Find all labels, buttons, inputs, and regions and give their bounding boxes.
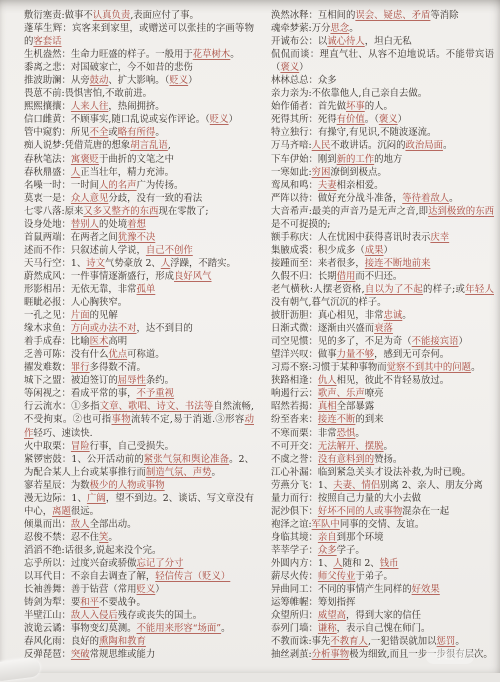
idiom-entry: 述而不作：只叙述前人学说，自己不创作 [24,244,254,257]
idiom-entry: 不虞之誉：没有意料到的赞扬。 [271,453,494,466]
highlighted-text: 分析事物 [312,649,350,660]
highlighted-text: 极少的人物或事物 [90,480,165,491]
plain-text: 推波助澜：从旁 [24,75,90,86]
idiom-entry: 特立独行：有操守,有见识,不随波逐流。 [271,126,494,139]
plain-text: 火中取栗： [24,441,71,452]
plain-text: 的到来 [355,414,383,425]
plain-text: 司空见惯：见的多了，不足为奇（ [271,336,412,347]
highlighted-text: 犹豫不决 [118,232,156,243]
plain-text: 。 [402,310,411,321]
idiom-entry: 不可开交：无法解开、摆脱。 [271,440,494,453]
highlighted-text: 谦称 [318,623,337,634]
idiom-entry: 铸剑为犁：要和平不要战争。 [24,596,254,609]
highlighted-text: 良好风气 [174,271,212,282]
highlighted-text: 医术 [90,336,109,347]
idiom-entry: 忝列门墙：谦称，表示自己愧在师门。 [271,622,494,635]
idiom-entry: 一寒如此:穷困潦倒到极点。 [271,166,494,179]
highlighted-text: 罪行 [71,362,90,373]
highlighted-text: 鼓动 [90,75,109,86]
plain-text: 外圆内方：1、 [271,558,333,569]
idiom-entry: 春秋鼎盛：人正当壮年，精力充沛。 [24,166,254,179]
plain-text: 多得数不清。 [90,362,146,373]
plain-text: 劳燕分飞：1、 [271,480,333,491]
plain-text: 的处境 [99,219,127,230]
plain-text: 痴人说梦:凭借荒唐的想象 [24,140,130,151]
plain-text: 林林总总：众多 [271,75,337,86]
idiom-entry: 众望所归：威望高，得到大家的信任 [271,609,494,622]
plain-text: 随和 2、 [343,558,380,569]
highlighted-text: 胡言乱语 [130,140,168,151]
plain-text: 熙熙攘攘： [24,101,71,112]
highlighted-text: 人来人往 [71,101,109,112]
idiom-entry: 紧锣密鼓：1、公开活动前的紧张气氛和舆论准备。2、为配合某人上台或某事推行而制造… [24,453,254,479]
idiom-entry: 熙熙攘攘：人来人往，热闹拥挤。 [24,100,254,113]
idiom-entry: 侃侃而谈：理直气壮、从容不迫地说话。不能带宾语（褒义） [271,48,494,74]
plain-text: ） [155,584,164,595]
highlighted-text: 歌声、乐声 [318,388,365,399]
plain-text: 没有朝气,暮气沉沉的样子。 [271,297,386,308]
plain-text: 鸾凤和鸣： [271,180,318,191]
plain-text: 响遏行云： [271,388,318,399]
highlighted-text: 孤单 [137,284,156,295]
plain-text: 述而不作：只叙述前人学说， [24,245,146,256]
plain-text: 全部出动。 [90,519,137,530]
plain-text: 众望所归： [271,610,318,621]
plain-text: 接踵而至：来者很多， [271,258,365,269]
highlighted-text: 人 [161,258,170,269]
idiom-entry: 鸾凤和鸣：夫妻相亲相爱。 [271,179,494,192]
idiom-entry: 异曲同工：不同的事情产生同样的好效果 [271,583,494,596]
idiom-entry: 以耳代目：不亲自去调查了解，轻信传言（贬义） [24,570,254,583]
plain-text: 的人。 [365,101,393,112]
highlighted-text: 敌人入侵后 [71,610,118,621]
plain-text: 滔滔不绝:话很多,说起来没个完。 [24,545,161,556]
plain-text: 寥若星辰：为数 [24,480,90,491]
plain-text: 倾巢而出： [24,519,71,530]
highlighted-text: 替别人 [71,219,99,230]
idiom-entry: 痴人说梦:凭借荒唐的想象胡言乱语, [24,139,254,152]
plain-text: ,一犯错误就加以 [368,636,437,647]
idiom-entry: 滔滔不绝:话很多,说起来没个完。 [24,544,254,557]
plain-text: 残存或丧失的国土。 [118,610,202,621]
highlighted-text: 人 [71,167,80,178]
highlighted-text: 事物 [112,414,131,425]
plain-text: 。 [471,362,480,373]
plain-text: 睚眦必报：人心胸狭窄。 [24,297,127,308]
highlighted-text: 诗文 [86,258,105,269]
highlighted-text: 轻信传言（贬义） [155,571,230,582]
idiom-entry: 下车伊始：刚到新的工作的地方 [271,153,494,166]
highlighted-text: 等待着敌人 [402,193,449,204]
plain-text: ,表面应付了事。 [130,10,199,21]
plain-text: 而不归还。 [355,271,402,282]
plain-text: 高明 [108,336,127,347]
highlighted-text: 片面 [71,310,90,321]
plain-text: 或 [108,127,117,138]
idiom-entry: 披肝沥胆：真心相见，非常忠诚。 [271,309,494,322]
plain-text: 江心补漏：临到紧急关头才设法补救,为时已晚。 [271,467,471,478]
idiom-entry: 敷衍塞责:做事不认真负责,表面应付了事。 [24,9,254,22]
plain-text: 可称道。 [127,349,165,360]
highlighted-text: 借用 [337,271,356,282]
plain-text: 特立独行：有操守,有见识,不随波逐流。 [271,127,436,138]
idiom-entry: 运筹帷幄：筹划指挥 [271,596,494,609]
highlighted-text: 寓褒贬 [71,154,99,165]
plain-text: 设身处地： [24,219,71,230]
highlighted-text: 衰落 [374,323,393,334]
highlighted-text: 真相 [318,401,337,412]
plain-text: 涣然冰释：互相间的 [271,10,355,21]
highlighted-text: 年轻人 [465,284,494,295]
plain-text: ） [229,114,238,125]
idiom-entry: 江心补漏：临到紧急关头才设法补救,为时已晚。 [271,466,494,479]
idiom-entry: 名噪一时：一时间人的名声广为传扬。 [24,179,254,192]
plain-text: 行云流水：①多指 [24,401,100,412]
plain-text: 浮躁，不踏实。 [170,258,236,269]
highlighted-text: 坏事 [346,101,365,112]
highlighted-text: 钱币 [380,558,399,569]
highlighted-text: 新的工作 [337,154,375,165]
idiom-column-left: 敷衍塞责:做事不认真负责,表面应付了事。蓬荜生辉：宾客来到家里，或赠送可以张挂的… [24,9,254,661]
idiom-entry: 莫衷一是：众人意见分歧，没有一致的看法 [24,192,254,205]
highlighted-text: 诚心待人 [327,36,365,47]
highlighted-text: 无法解开、摆脱 [318,441,384,452]
idiom-entry: 寥若星辰：为数极少的人物或事物 [24,479,254,492]
highlighted-text: 贬义 [169,75,188,86]
plain-text: 相亲相爱。 [337,180,384,191]
idiom-entry: 火中取栗：冒险行事，自己受损失。 [24,440,254,453]
plain-text: 混杂在一起 [402,506,449,517]
idiom-entry: 袍泽之谊:军队中同事的交情、友谊。 [271,518,494,531]
highlighted-text: 众多 [318,545,337,556]
plain-text: 等闲视之：看成平常的事， [24,388,137,399]
idiom-entry: 设身处地：替别人的处境着想 [24,218,254,231]
plain-text: 。 [455,636,464,647]
page-corner-sticker [0,657,41,673]
idiom-entry: 劳燕分飞：1、夫妻、情侣别离 2、亲人、朋友分离 [271,479,494,492]
idiom-entry: 一孔之见：片面的见解 [24,309,254,322]
plain-text: 纷至沓来： [271,414,318,425]
idiom-entry: 管中窥豹：所见不全或略有所得。 [24,126,254,139]
plain-text: ） [299,62,308,73]
plain-text: ，得到大家的信任 [346,610,421,621]
idiom-entry: 乏善可陈：没有什么优点可称道。 [24,348,254,361]
plain-text: 赞扬。 [374,454,402,465]
idiom-entry: 死得其所：死得有价值。（褒义） [271,113,494,126]
idiom-entry: 缘木求鱼：方向或办法不对，达不到目的 [24,322,254,335]
plain-text: 抽丝剥茧: [271,649,312,660]
plain-text: 昭然若揭： [271,401,318,412]
plain-text: 全部暴露 [337,401,375,412]
highlighted-text: 人民 [312,140,331,151]
highlighted-text: 达到极致的东西 [428,206,494,217]
plain-text: 于曲折的文笔之中 [99,154,174,165]
plain-text: 忘乎所以：过度兴奋或骄傲 [24,558,137,569]
plain-text: 的样子;或 [423,284,465,295]
highlighted-text: 文章、歌唱、诗文、书法等 [100,401,214,412]
plain-text: 正当壮年，精力充沛。 [80,167,174,178]
plain-text: 潦倒到极点。 [330,167,386,178]
plain-text: 学子。 [337,545,365,556]
highlighted-text: 政治局面 [405,140,443,151]
highlighted-text: 贬义 [210,114,229,125]
plain-text: 。 [155,127,164,138]
plain-text: 敷衍塞责:做事不 [24,10,93,21]
idiom-entry: 城下之盟：被迫签订的屈辱性条约。 [24,374,254,387]
plain-text: ） [459,336,468,347]
idiom-entry: 波诡云谲：事物变幻莫测。不能用来形容“场面”。 [24,622,254,635]
idiom-entry: 行云流水：①多指文章、歌唱、诗文、书法等自然流畅,不受拘束。②也可指事物流转不定… [24,400,254,439]
idiom-entry: 林林总总：众多 [271,74,494,87]
plain-text: 亲力亲为:不依靠他人,自己亲自去做。 [271,88,427,99]
idiom-entry: 望洋兴叹：做事力量不够，感到无可奈何。 [271,348,494,361]
highlighted-text: 屈辱性 [118,375,146,386]
idiom-entry: 半壁江山：敌人入侵后残存或丧失的国土。 [24,609,254,622]
highlighted-text: 忘记了分寸 [137,558,184,569]
highlighted-text: 觉察不到其中的问题 [387,362,471,373]
plain-text: 大音希声:最美的声音乃是无声之音,即 [271,206,428,217]
highlighted-text: 自以为了不起 [365,284,423,295]
watermark-label: 小红书 [435,651,465,661]
idiom-entry: 形影相吊：无依无靠，非常孤单 [24,283,254,296]
highlighted-text: 人的名声 [99,180,137,191]
plain-text: 七零八落:原来 [24,206,83,217]
plain-text: ，坦白无私 [365,36,412,47]
plain-text: 。 [349,23,358,34]
highlighted-text: 成果 [365,245,384,256]
highlighted-text: 庆幸 [430,232,449,243]
plain-text: 一寒如此: [271,167,312,178]
document-page: 敷衍塞责:做事不认真负责,表面应付了事。蓬荜生辉：宾客来到家里，或赠送可以张挂的… [0,0,500,673]
idiom-entry: 蓬荜生辉：宾客来到家里，或赠送可以张挂的字画等物的客套话 [24,22,254,48]
idiom-entry: 不寒而栗：非常恐惧。 [271,427,494,440]
plain-text: 万马齐喑: [271,140,312,151]
idiom-entry: 倾巢而出：敌人全部出动。 [24,518,254,531]
plain-text: 行事，自己受损失。 [90,441,174,452]
plain-text: 首鼠两端：在两者之间 [24,232,118,243]
plain-text: 始作俑者：首先做 [271,101,346,112]
plain-text: 现在零散了; [158,206,208,217]
highlighted-text: 优点 [108,349,127,360]
plain-text: 久假不归：长期 [271,271,337,282]
highlighted-text: 没有意料到的 [318,454,374,465]
highlighted-text: 褒义 [379,114,398,125]
plain-text: 。 [108,532,117,543]
plain-text: 忍俊不禁：忍不住 [24,532,99,543]
plain-text: ） [384,245,393,256]
plain-text: ，表示自己愧在师门。 [337,623,431,634]
highlighted-text: 亲自 [318,532,337,543]
highlighted-text: 仇人 [318,375,337,386]
idiom-entry: 不教而诛:事先不教育人,一犯错误就加以惩罚。 [271,635,494,648]
highlighted-text: 惩罚 [437,636,456,647]
idiom-entry: 春秋笔法：寓褒贬于曲折的文笔之中 [24,153,254,166]
plain-text: 薪尽火传： [271,571,318,582]
plain-text: 紧锣密鼓：1、公开活动前的 [24,454,144,465]
highlighted-text: 夫妻、情侣 [333,480,380,491]
highlighted-text: 自己不创作 [146,245,193,256]
highlighted-text: 冒险 [71,441,90,452]
idiom-entry: 亲力亲为:不依靠他人,自己亲自去做。 [271,87,494,100]
highlighted-text: 有价值 [337,114,365,125]
idiom-entry: 睚眦必报：人心胸狭窄。 [24,296,254,309]
plain-text: 长袖善舞：善于钻营（常用 [24,584,137,595]
plain-text: 额手称庆：人在忧困中获得喜讯时表示 [271,232,430,243]
idiom-entry: 开诚布公：以诚心待人，坦白无私 [271,35,494,48]
idiom-entry: 蔚然成风：一件事情逐渐盛行，形成良好风气 [24,270,254,283]
highlighted-text: 师父传业 [318,571,356,582]
idiom-entry: 长袖善舞：善于钻营（常用贬义） [24,583,254,596]
plain-text: ，达不到目的 [137,323,193,334]
plain-text: 。 [221,623,230,634]
highlighted-text: 夫妻 [318,180,337,191]
plain-text: 别离 2、亲人、朋友分离 [380,480,483,491]
plain-text: 不敢讲话。沉闷的 [330,140,405,151]
highlighted-text: 穷困 [312,167,331,178]
plain-text: 黍离之悲：对国破家亡，今不如昔的悲伤 [24,62,193,73]
plain-text: 半壁江山： [24,610,71,621]
plain-text: 着手成春：比喻 [24,336,90,347]
plain-text: 泥沙俱下： [271,506,318,517]
plain-text: 相见，彼此不肯轻易放过。 [337,375,450,386]
plain-text: 、扩大影响。（ [108,75,169,86]
plain-text: 广为传扬。 [137,180,184,191]
plain-text: 信口雌黄：不顾事实,随口乱说或妄作评论。（ [24,114,210,125]
idiom-entry: 老气横秋:人摆老资格,自以为了不起的样子;或年轻人没有朝气,暮气沉沉的样子。 [271,283,494,309]
idiom-entry: 昭然若揭：真相全部暴露 [271,400,494,413]
plain-text: 到那个环境 [337,532,384,543]
plain-text: 城下之盟：被迫签订的 [24,375,118,386]
idiom-entry: 大音希声:最美的声音乃是无声之音,即达到极致的东西是不可捉摸的; [271,205,494,231]
highlighted-text: 不教育人 [330,636,368,647]
highlighted-text: 花草树木 [193,49,231,60]
highlighted-text: 不能用来形容“场面” [137,623,222,634]
plain-text: 嘹亮 [365,388,384,399]
plain-text: 等消除 [430,10,458,21]
plain-text: 形影相吊：无依无靠，非常 [24,284,137,295]
plain-text: 。 [212,467,221,478]
plain-text: 的地方 [374,154,402,165]
highlighted-text: 接连不断地前来 [365,258,431,269]
idiom-entry: 春风化雨：良好的熏陶和教育 [24,635,254,648]
plain-text: 漫无边际：1、 [24,493,87,504]
plain-text: 量力而行：按照自己力量的大小去做 [271,493,421,504]
plain-text: 不可开交： [271,441,318,452]
highlighted-text: 熏陶和教育 [99,636,146,647]
plain-text: 以耳代目：不亲自去调查了解， [24,571,155,582]
plain-text: 。 [230,49,239,60]
highlighted-text: 褒义 [280,62,299,73]
xiaohongshu-watermark: 小红书 [426,649,474,664]
plain-text: 。 [355,428,364,439]
idiom-entry: 司空见惯：见的多了，不足为奇（不能接宾语） [271,335,494,348]
highlighted-text: 笑 [99,532,108,543]
highlighted-text: 人 [333,558,342,569]
plain-text: 。 [449,193,458,204]
plain-text: 老气横秋:人摆老资格, [271,284,365,295]
idiom-entry: 额手称庆：人在忧困中获得喜讯时表示庆幸 [271,231,494,244]
highlighted-text: 和平 [80,597,99,608]
idiom-entry: 涣然冰释：互相间的误会、疑虑、矛盾等消除 [271,9,494,22]
idiom-entry: 天马行空：1、诗文气势豪放 2、人浮躁，不踏实。 [24,257,254,270]
plain-text: 魂牵梦萦:万分 [271,23,330,34]
idiom-entry: 莘莘学子：众多学子。 [271,544,494,557]
idiom-entry: 漫无边际：1、广阔，望不到边。2、谈话、写文章没有中心，离题很远。 [24,492,254,518]
highlighted-text: 军队中 [312,519,340,530]
plain-text: 气势豪放 2、 [105,258,161,269]
plain-text: ） [398,114,407,125]
plain-text: 开诚布公：以 [271,36,327,47]
plain-text: 。（ [365,114,379,125]
plain-text: 死得其所：死得 [271,114,337,125]
idiom-entry: 忘乎所以：过度兴奋或骄傲忘记了分寸 [24,557,254,570]
plain-text: 春秋鼎盛： [24,167,71,178]
plain-text: 不寒而栗：非常 [271,428,337,439]
idiom-entry: 身临其境：亲自到那个环境 [271,531,494,544]
highlighted-text: 思念 [330,23,349,34]
highlighted-text: 又多又整齐的东西 [83,206,158,217]
plain-text: 很远。 [71,506,99,517]
highlighted-text: 威望高 [318,610,346,621]
plain-text: 流转不定,易于消逝.③形容 [131,414,245,425]
plain-text: 蔚然成风：一件事情逐渐盛行，形成 [24,271,174,282]
plain-text: 习焉不察:习惯于某种事物而 [271,362,387,373]
idiom-entry: 狭路相逢：仇人相见，彼此不肯轻易放过。 [271,374,494,387]
plain-text: 分歧，没有一致的看法 [108,193,202,204]
plain-text: 生机盎然：生命力旺盛的样子。一般用于 [24,49,193,60]
plain-text: 莘莘学子： [271,545,318,556]
idiom-entry: 推波助澜：从旁鼓动、扩大影响。（贬义） [24,74,254,87]
highlighted-text: 恐惧 [337,428,356,439]
plain-text: 袍泽之谊: [271,519,312,530]
idiom-entry: 始作俑者：首先做坏事的人。 [271,100,494,113]
idiom-entry: 万马齐喑:人民不敢讲话。沉闷的政治局面。 [271,139,494,152]
idiom-entry: 信口雌黄：不顾事实,随口乱说或妄作评论。（贬义） [24,113,254,126]
plain-text: 一孔之见： [24,310,71,321]
idiom-entry: 畏葸不前:畏惧害怕,不敢前进。 [24,87,254,100]
highlighted-text: 不能接宾语 [412,336,459,347]
plain-text: 轻巧、速读快. [33,428,92,439]
plain-text: 不要战争。 [99,597,146,608]
highlighted-text: 敌人 [71,519,90,530]
idiom-entry: 反弹琵琶：突破常规思维或能力 [24,648,254,661]
plain-text: 波诡云谲：事物变幻莫测。 [24,623,137,634]
plain-text: , [168,140,171,151]
highlighted-text: 众人意见 [71,193,109,204]
plain-text: 狭路相逢： [271,375,318,386]
idiom-entry: 集腋成裘：积少成多（成果） [271,244,494,257]
highlighted-text: 误会、疑虑、矛盾 [355,10,430,21]
plain-text: 望洋兴叹：做事 [271,349,337,360]
idiom-entry: 魂牵梦萦:万分思念。 [271,22,494,35]
highlighted-text: 制造气氛、声势 [146,467,212,478]
plain-text: 缘木求鱼： [24,323,71,334]
idiom-entry: 七零八落:原来又多又整齐的东西现在零散了; [24,205,254,218]
plain-text: ，感到无可奈何。 [374,349,449,360]
idiom-entry: 等闲视之：看成平常的事，不予重视 [24,387,254,400]
idiom-entry: 严阵以待：做好充分战斗准备，等待着敌人。 [271,192,494,205]
plain-text: 管中窥豹：所见 [24,127,90,138]
plain-text: 披肝沥胆：真心相见，非常 [271,310,384,321]
plain-text: 日渐式微：逐渐由兴盛而 [271,323,374,334]
idiom-entry: 久假不归：长期借用而不归还。 [271,270,494,283]
plain-text: 畏葸不前:畏惧害怕,不敢前进。 [24,88,152,99]
plain-text: 。 [384,441,393,452]
plain-text: 擢发难数： [24,362,71,373]
highlighted-text: 离题 [52,506,71,517]
plain-text: 不教而诛:事先 [271,636,330,647]
idiom-entry: 首鼠两端：在两者之间犹豫不决 [24,231,254,244]
